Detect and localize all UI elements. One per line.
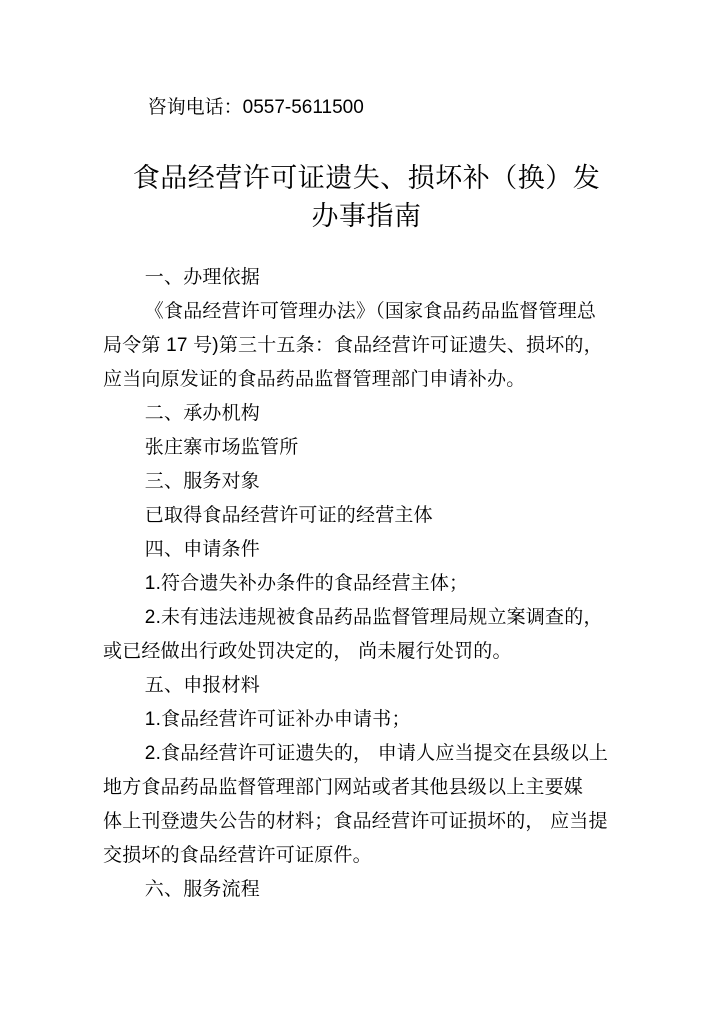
- document-content: 咨询电话：0557-5611500 食品经营许可证遗失、损坏补（换）发办事指南 …: [103, 95, 630, 907]
- paragraph: 2.未有违法违规被食品药品监督管理局规立案调查的，或已经做出行政处罚决定的， 尚…: [103, 601, 630, 669]
- document-title-line-1: 食品经营许可证遗失、损坏补（换）发: [133, 163, 601, 193]
- paragraph: 1.食品经营许可证补办申请书；: [103, 703, 630, 737]
- section-heading: 四、申请条件: [103, 533, 630, 567]
- contact-phone-line: 咨询电话：0557-5611500: [103, 95, 630, 121]
- document-title-line-2: 办事指南: [312, 201, 422, 231]
- section-heading: 一、办理依据: [103, 261, 630, 295]
- paragraph: 《食品经营许可管理办法》（国家食品药品监督管理总局令第 17 号)第三十五条：食…: [103, 295, 630, 397]
- section-heading: 五、申报材料: [103, 669, 630, 703]
- document-body: 一、办理依据《食品经营许可管理办法》（国家食品药品监督管理总局令第 17 号)第…: [103, 261, 630, 907]
- document-title: 食品经营许可证遗失、损坏补（换）发办事指南: [103, 159, 630, 235]
- paragraph: 1.符合遗失补办条件的食品经营主体；: [103, 567, 630, 601]
- section-heading: 三、服务对象: [103, 465, 630, 499]
- section-heading: 二、承办机构: [103, 397, 630, 431]
- paragraph: 2.食品经营许可证遗失的， 申请人应当提交在县级以上地方食品药品监督管理部门网站…: [103, 737, 630, 873]
- paragraph: 张庄寨市场监管所: [103, 431, 630, 465]
- section-heading: 六、服务流程: [103, 873, 630, 907]
- document-page: 咨询电话：0557-5611500 食品经营许可证遗失、损坏补（换）发办事指南 …: [0, 0, 715, 1011]
- paragraph: 已取得食品经营许可证的经营主体: [103, 499, 630, 533]
